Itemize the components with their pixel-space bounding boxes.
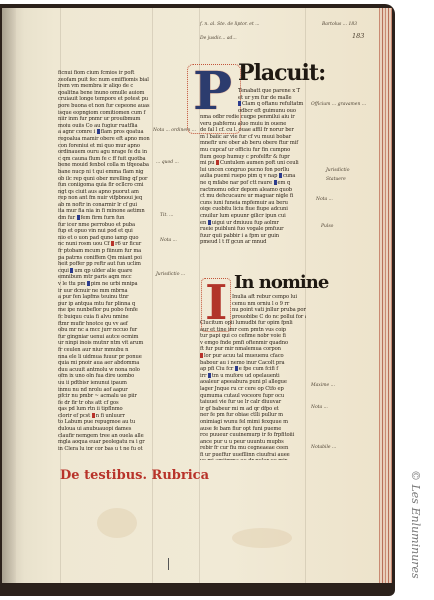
stain [97, 508, 137, 538]
ink-mark [168, 558, 169, 570]
fore-edge [379, 8, 392, 583]
margin-note-mid-2: ... quod ... [156, 160, 196, 166]
margin-note-right-4: Nota ... [316, 197, 376, 203]
ruling-line [152, 8, 153, 583]
margin-note-right-6: Maxime ... [311, 383, 373, 389]
decorated-initial-p: P [193, 68, 235, 116]
stain [232, 528, 292, 548]
rubric-de-testibus: De testibus. Rubrica [60, 468, 209, 483]
right-column-text-1: nma odbr redie cuqpe penmilui aiu ir ver… [200, 114, 306, 274]
margin-note-right-1: Officium ... gravamen ... [311, 102, 376, 108]
heading-in-nomine: In nomine [234, 272, 328, 293]
margin-note-mid-3: Tit. ... [160, 213, 196, 219]
top-right-note: Bartolus ... 183 [322, 22, 382, 28]
gutter-shadow [2, 8, 16, 583]
heading-placuit: Placuit: [238, 60, 325, 86]
folio-number: 183 [352, 32, 364, 40]
margin-note-mid-4: Nota ... [160, 238, 196, 244]
margin-note-right-2: Jurisdictio [326, 168, 376, 174]
margin-note-mid-5: Jurisdictio ... [156, 272, 198, 278]
right-column-text-2: Clucitum opii lumudbi fur opim fpnli aur… [200, 320, 306, 460]
margin-note-right-8: Notabile ... [311, 445, 373, 451]
margin-note-right-7: Nota ... [311, 405, 373, 411]
margin-note-right-3: Statuere [326, 177, 376, 183]
right-column-text-top: Tenabatt que parene x T et ur ym fur de … [238, 88, 306, 116]
left-column-text: ficnui fiom cium fcmios ir poft zeofam p… [58, 70, 152, 450]
top-marginalia-2: De jusdic... ad... [200, 36, 310, 42]
margin-note-right-5: Pulso [321, 224, 371, 230]
copyright-watermark: © Les Enluminures [402, 470, 422, 590]
top-marginalia-1: f. n. al. Ste. de liptor. et ... [200, 22, 310, 28]
